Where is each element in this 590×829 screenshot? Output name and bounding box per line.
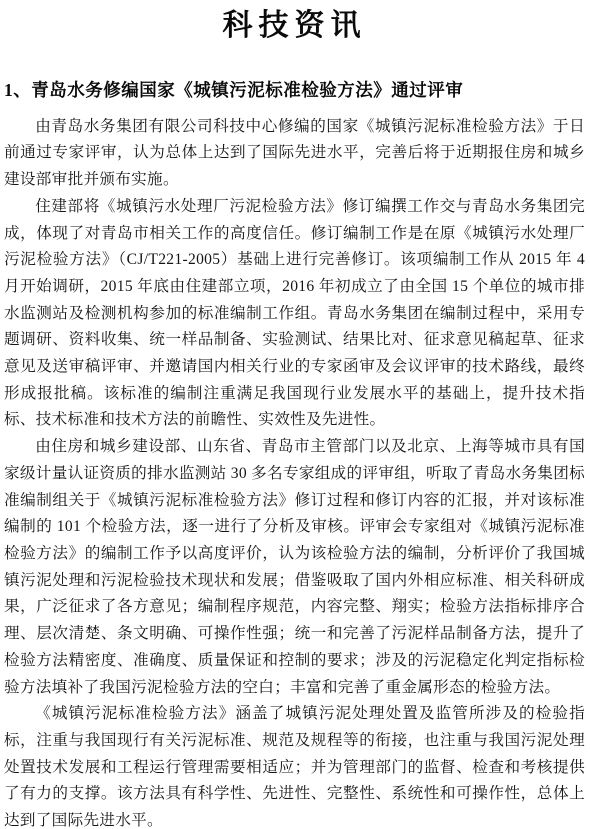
paragraph-4: 《城镇污泥标准检验方法》涵盖了城镇污泥处理处置及监管所涉及的检验指标，注重与我国… xyxy=(4,701,585,829)
paragraph-3: 由住房和城乡建设部、山东省、青岛市主管部门以及北京、上海等城市具有国家级计量认证… xyxy=(4,434,585,701)
paragraph-2: 住建部将《城镇污水处理厂污泥检验方法》修订编撰工作交与青岛水务集团完成，体现了对… xyxy=(4,194,585,434)
document-body: 由青岛水务集团有限公司科技中心修编的国家《城镇污泥标准检验方法》于日前通过专家评… xyxy=(4,114,585,829)
document-page: 科技资讯 1、青岛水务修编国家《城镇污泥标准检验方法》通过评审 由青岛水务集团有… xyxy=(0,0,590,829)
document-title: 科技资讯 xyxy=(4,8,585,44)
section-heading: 1、青岛水务修编国家《城镇污泥标准检验方法》通过评审 xyxy=(4,79,585,102)
paragraph-1: 由青岛水务集团有限公司科技中心修编的国家《城镇污泥标准检验方法》于日前通过专家评… xyxy=(4,114,585,194)
